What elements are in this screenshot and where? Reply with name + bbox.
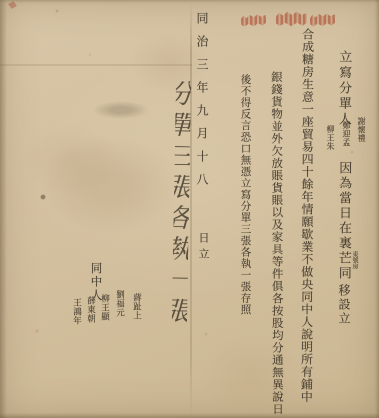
deed-opening-column: 立寫分單人 bbox=[337, 50, 351, 128]
party-name: 柳王朱 bbox=[326, 125, 334, 151]
party-name: 謝懷禮 bbox=[357, 117, 365, 143]
aged-paper-deed: 立寫分單人 謝懷禮 鄭迎孟 柳王朱 因為當日在裏芒同 東號房 移設立 合成糖房生… bbox=[0, 0, 379, 418]
deed-opening-end: 移設立 bbox=[338, 284, 350, 326]
witness-name: 劉福元 bbox=[115, 290, 124, 317]
inline-annotation: 東號房 bbox=[351, 251, 357, 269]
paper-edge-right bbox=[375, 0, 379, 418]
date-column: 同治三年九月十八 bbox=[196, 12, 208, 196]
deed-clause-column-3: 銀錢貨物並外欠放賬貨賬以及家具等件俱各按股均分通無異說日 bbox=[270, 71, 283, 415]
tally-half-characters: 分單三張各執一張 bbox=[161, 80, 191, 328]
party-name: 鄭迎孟 bbox=[342, 121, 350, 147]
half-seal-stamp-icon bbox=[310, 13, 335, 27]
fold-crease-vertical bbox=[190, 0, 192, 418]
half-seal-stamp-icon bbox=[241, 14, 266, 28]
witness-name: 蔣趾上 bbox=[132, 293, 141, 320]
date-closing: 日立 bbox=[198, 232, 209, 264]
deed-clause-column-4: 後不得反言恐口無憑立寫分單三張各執一張存照 bbox=[240, 74, 251, 316]
deed-clause-column-2: 合成糖房生意一座貿易四十餘年情願歇業不做央同中人說明所有鋪中 bbox=[300, 28, 313, 403]
deed-opening-continued: 因為當日在裏芒同 bbox=[337, 161, 351, 281]
witness-name: 薛東朝 bbox=[86, 296, 95, 323]
fold-crease-horizontal bbox=[0, 64, 192, 66]
witness-name: 柳王顯 bbox=[100, 294, 109, 321]
paper-edge-left bbox=[0, 0, 7, 418]
half-seal-stamp-icon bbox=[276, 11, 307, 28]
witness-name: 王鴻年 bbox=[72, 298, 81, 325]
